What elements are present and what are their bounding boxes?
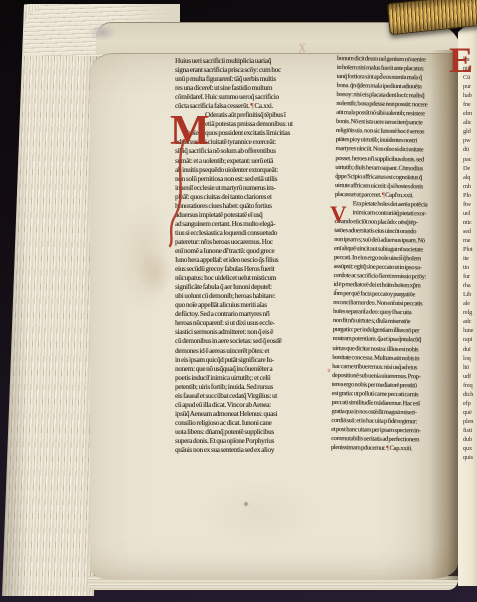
text-line: non solū pernitiosa non est: sed etiā ut…: [175, 175, 335, 184]
rubric-pilcrow: ¶: [382, 191, 385, 198]
text-line: Iuno hera appellat̄: et ideo nescio q̃s …: [175, 256, 335, 265]
text-line: tius si ecclesiastica loquendi consuetud…: [175, 229, 335, 238]
text-line: Huius ueri sacrificii multiplicia uariaq…: [175, 57, 335, 66]
text-line: in eis ipsam quicq̃d putāt significare I…: [175, 356, 335, 365]
text-line: poetis inducit̄ inimica uirtutib;: et ce…: [175, 374, 335, 383]
fragment-line: relg: [458, 309, 477, 318]
fragment-line: dub: [458, 436, 477, 445]
text-line: pleāt̄: quos ciuitas dei tanto clariores…: [175, 193, 335, 202]
text-line: enī nomē a Iunone dr̃ tractū: quod grece: [175, 247, 335, 256]
fragment-line: udf: [458, 373, 477, 382]
fragment-line: quis: [458, 454, 477, 463]
rubric-pilcrow: ¶: [386, 445, 389, 452]
text-line: siastici sermonis admitteret: non q̃ eis…: [175, 328, 335, 337]
fragment-line: Lib: [458, 291, 477, 300]
fragment-line: ale: [458, 300, 477, 309]
text-line: nonem: que nō usq̃quaq̃ incōueniēter a: [175, 365, 335, 374]
text-line: significāte fabula q̃ aer Iunoni deputet…: [175, 283, 335, 292]
fragment-line: nūc: [458, 219, 477, 228]
text-line: honoratiores ciues habet: quāto fortius: [175, 202, 335, 211]
fragment-line: ftw: [458, 201, 477, 210]
text-line: defūctoy. Sed a contrario martyres nr̃i: [175, 310, 335, 319]
book-photograph: X Huius ueri sacrificii multiplicia uari…: [0, 0, 477, 602]
text-line: cōmēdaret̄. Huic summo ueroq̃ sacrificio: [175, 93, 335, 102]
fragment-line: plen: [458, 418, 477, 427]
text-line: nūcupatus: hoc uidelicet uelut misticum: [175, 274, 335, 283]
fragment-line: Plot: [458, 246, 477, 255]
fragment-line: qux: [458, 445, 477, 454]
fragment-line: elm: [458, 110, 477, 119]
text-line: pateretur: nr̃os heroas uocaremus. Hoc: [175, 238, 335, 247]
text-line: ad sanguinem certant. Hos multo elegā-: [175, 220, 335, 229]
fragment-line: alq: [458, 174, 477, 183]
drop-cap-chapter22: V: [330, 203, 347, 226]
handwritten-book-number: X: [297, 39, 310, 57]
fragment-line: quē: [458, 409, 477, 418]
fragment-line: mh: [458, 183, 477, 192]
text-line: eius secūdū grecoy fabulas Heros fuerit: [175, 265, 335, 274]
fragment-line: fisti: [458, 427, 477, 436]
text-line: sumāt: et a uolentib; expetant: uerū eti…: [175, 157, 335, 166]
fragment-line: sed: [458, 228, 477, 237]
fragment-line: uel: [458, 210, 477, 219]
fragment-line: pur: [458, 83, 477, 92]
fragment-line: fne: [458, 101, 477, 110]
text-line: eis faueat̄ et succūbat cedatq̃ Virgiliu…: [175, 392, 335, 401]
fragment-line: rha: [458, 282, 477, 291]
text-line: supera donis. Et qua opīone Porphyrius: [175, 437, 335, 446]
text-line: signa erant sacrificia prisca scōy: cum …: [175, 66, 335, 75]
text-line: ubi uolunt cū demonib; heroas habitare:: [175, 292, 335, 301]
fragment-line: pac: [458, 156, 477, 165]
text-line: quo noīe appellāt alicuius meriti aīas: [175, 301, 335, 310]
fragment-line: me: [458, 237, 477, 246]
text-line: cū demonibus in aere societas: sed q̃ eo…: [175, 337, 335, 346]
rubric-pilcrow: ¶: [250, 102, 254, 110]
fragment-line: fur: [458, 273, 477, 282]
fragment-line: ltō: [458, 364, 477, 373]
text-line: ipsūq̃ Aeneam admoneat Helenus: quasi: [175, 410, 335, 419]
fragment-line: efp: [458, 400, 477, 409]
text-line: demones id ē aereas uincerēt pōtes: et: [175, 347, 335, 356]
facing-page-text-fragments: lmniūCūpurhabfneelmalicgldpwdūpacDealqmh…: [458, 56, 477, 468]
fragment-line: pw: [458, 137, 477, 146]
fragment-line: rapi: [458, 336, 477, 345]
fragment-line: hab: [458, 92, 477, 101]
drop-cap-facing-page: E: [449, 42, 473, 78]
drop-cap-swash-tail: [164, 138, 194, 248]
fragment-line: duī: [458, 346, 477, 355]
fragment-line: dich: [458, 391, 477, 400]
fragment-line: De: [458, 165, 477, 174]
facing-page-edge: lmniūCūpurhabfneelmalicgldpwdūpacDealqmh…: [458, 16, 477, 586]
text-line: res una diceret̄: ut sine fastidio multu…: [175, 84, 335, 93]
text-line: aduersus impietatē potestatē eī usq̃: [175, 211, 335, 220]
gutter-shadow: [430, 50, 458, 580]
text-line: uota libens: dn̄amq̃ potentē supplicibus: [175, 428, 335, 437]
fragment-line: adc: [458, 318, 477, 327]
text-line: petentib; uiris fortib; inuida. Sed rurs…: [175, 383, 335, 392]
fragment-line: ite: [458, 255, 477, 264]
fragment-line: alic: [458, 119, 477, 128]
text-line: cū apud eū illa dicat. Vincor ab Aenea:: [175, 401, 335, 410]
text-line: heroas nūcuparent̄: si ut dixi usus eccl…: [175, 319, 335, 328]
text-line: consilio religioso ac dicat. Iunoni cane: [175, 419, 335, 428]
fragment-line: loq: [458, 355, 477, 364]
text-line: ab inuitis psequēdo uiolenter extorqueāt…: [175, 166, 335, 175]
fragment-line: lune: [458, 327, 477, 336]
text-line: quāuis non ex sua sententia sed ex alioy: [175, 446, 335, 455]
fragment-line: dū: [458, 146, 477, 155]
fragment-line: Plo: [458, 192, 477, 201]
text-line: unū p multa figurarent̄: tāq̃ uerbis mul…: [175, 75, 335, 84]
text-line: inuenit̄ ecclesie ut martyrū numerus im-: [175, 184, 335, 193]
fragment-line: freq: [458, 382, 477, 391]
fragment-line: tio: [458, 264, 477, 273]
fragment-line: gld: [458, 128, 477, 137]
